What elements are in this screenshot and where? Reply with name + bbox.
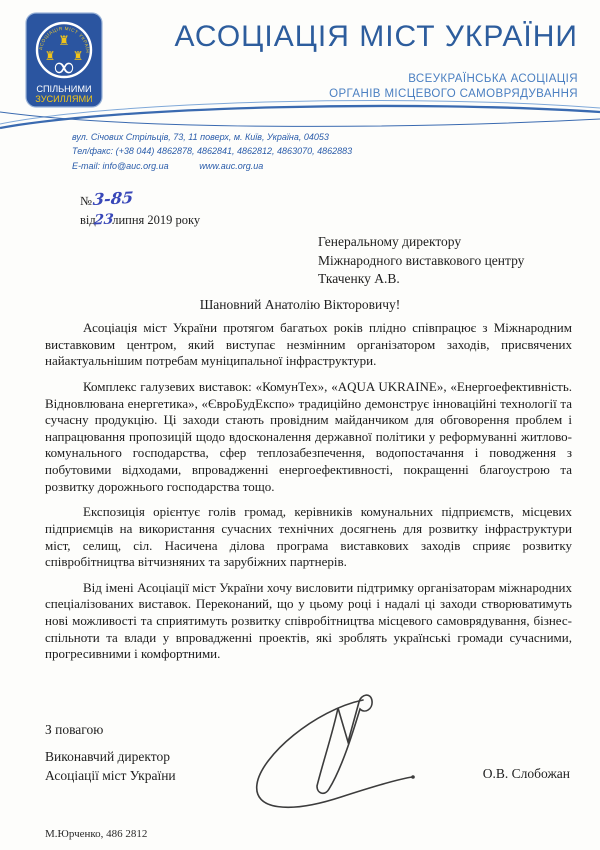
closing-regards: З повагою bbox=[45, 722, 103, 738]
castle-tower-icon: ♜ bbox=[73, 49, 84, 63]
recipient-line: Ткаченку А.В. bbox=[318, 270, 524, 289]
reference-date-text: липня 2019 року bbox=[112, 213, 200, 227]
contact-email: E-mail: info@auc.org.ua bbox=[72, 161, 169, 171]
signer-position-line2: Асоціації міст України bbox=[45, 767, 176, 786]
logo-emblem: АСОЦІАЦІЯ МІСТ УКРАЇНИ ♜ ♜ ♜ ∞ СПІЛЬНИМИ… bbox=[25, 12, 103, 108]
body-paragraph: Асоціація міст України протягом багатьох… bbox=[45, 320, 572, 370]
body-paragraph: Комплекс галузевих виставок: «КомунТех»,… bbox=[45, 379, 572, 495]
castle-tower-icon: ♜ bbox=[58, 33, 70, 48]
signature-scribble bbox=[245, 690, 445, 820]
body-paragraph: Від імені Асоціації міст України хочу ви… bbox=[45, 580, 572, 663]
recipient-line: Генеральному директору bbox=[318, 233, 524, 252]
salutation: Шановний Анатолію Вікторовичу! bbox=[0, 297, 600, 313]
logo-motto-line1: СПІЛЬНИМИ bbox=[36, 84, 91, 94]
reference-date-handwritten: 23 bbox=[93, 210, 114, 229]
contact-block: вул. Січових Стрільців, 73, 11 поверх, м… bbox=[72, 130, 352, 173]
signer-position-line1: Виконавчий директор bbox=[45, 748, 176, 767]
letter-body: Асоціація міст України протягом багатьох… bbox=[45, 320, 572, 672]
organization-subtitle: ВСЕУКРАЇНСЬКА АСОЦІАЦІЯ ОРГАНІВ МІСЦЕВОГ… bbox=[218, 72, 578, 102]
executor-note: М.Юрченко, 486 2812 bbox=[45, 828, 147, 840]
signer-position: Виконавчий директор Асоціації міст Украї… bbox=[45, 748, 176, 786]
reference-number-line: №3-85 bbox=[80, 190, 200, 211]
reference-number-handwritten: 3-85 bbox=[92, 188, 134, 211]
reference-date-line: від23липня 2019 року bbox=[80, 211, 200, 229]
recipient-block: Генеральному директору Міжнародного вист… bbox=[318, 233, 524, 289]
reference-block: №3-85 від23липня 2019 року bbox=[80, 190, 200, 229]
letter-page: АСОЦІАЦІЯ МІСТ УКРАЇНИ ♜ ♜ ♜ ∞ СПІЛЬНИМИ… bbox=[0, 0, 600, 850]
organization-title: АСОЦІАЦІЯ МІСТ УКРАЇНИ bbox=[158, 20, 578, 54]
contact-phone: Тел/факс: (+38 044) 4862878, 4862841, 48… bbox=[72, 144, 352, 158]
body-paragraph: Експозиція орієнтує голів громад, керівн… bbox=[45, 504, 572, 571]
signer-name: О.В. Слобожан bbox=[483, 766, 570, 782]
infinity-ribbon-icon: ∞ bbox=[54, 52, 74, 83]
recipient-line: Міжнародного виставкового центру bbox=[318, 252, 524, 271]
reference-number-prefix: № bbox=[80, 194, 92, 208]
contact-address: вул. Січових Стрільців, 73, 11 поверх, м… bbox=[72, 130, 352, 144]
organization-logo: АСОЦІАЦІЯ МІСТ УКРАЇНИ ♜ ♜ ♜ ∞ СПІЛЬНИМИ… bbox=[25, 12, 103, 108]
contact-email-web: E-mail: info@auc.org.ua www.auc.org.ua bbox=[72, 159, 352, 173]
contact-website: www.auc.org.ua bbox=[199, 161, 263, 171]
subtitle-line1: ВСЕУКРАЇНСЬКА АСОЦІАЦІЯ bbox=[218, 72, 578, 87]
